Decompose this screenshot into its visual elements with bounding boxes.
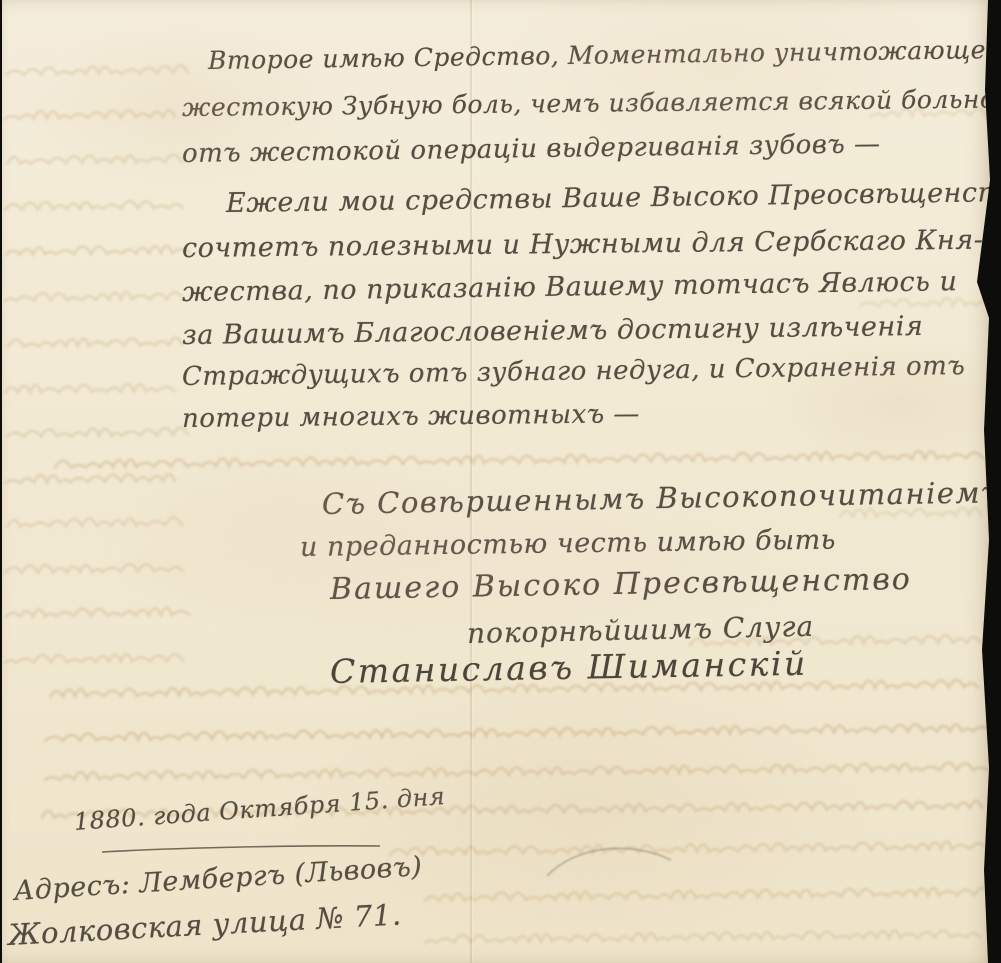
bleed-through-line (5, 101, 175, 127)
letter-body-line: за Вашимъ Благословеніемъ достигну излѣч… (182, 311, 924, 351)
address-line-2: Жолковская улица № 71. (7, 897, 402, 952)
letter-body-line: Ежели мои средствы Ваше Высоко Преосвѣще… (226, 177, 1001, 219)
closing-line: Вашего Высоко Пресвѣщенство (330, 562, 912, 607)
date-underline (100, 842, 385, 856)
bleed-through-line (45, 754, 980, 788)
bleed-through-line (8, 329, 173, 355)
closing-line: и преданностью честь имѣю быть (300, 525, 836, 563)
closing-line: Съ Совѣршеннымъ Высокопочитаніемъ (322, 475, 1001, 521)
bleed-through-line (45, 715, 980, 749)
pencil-mark (545, 838, 675, 883)
signature: Станиславъ Шиманскій (330, 644, 808, 691)
letter-body-line: жестокую Зубную боль, чемъ избавляется в… (182, 84, 1001, 122)
scanned-letter-page: Второе имѣю Средство, Моментально уничто… (0, 0, 1001, 963)
bleed-through-line (6, 599, 176, 625)
bleed-through-line (5, 375, 173, 401)
bleed-through-line (5, 465, 175, 491)
bleed-through-line (5, 555, 173, 581)
bleed-through-line (8, 146, 173, 172)
paper-sheet: Второе имѣю Средство, Моментально уничто… (0, 0, 1001, 963)
bleed-through-line (6, 237, 174, 263)
bleed-through-line (425, 921, 975, 951)
bleed-through-line (5, 283, 175, 309)
letter-body-line: жества, по приказанію Вашему тотчасъ Явл… (182, 266, 958, 308)
date-line: 1880. года Октября 15. дня (73, 782, 446, 836)
bleed-through-line (8, 509, 173, 535)
bleed-through-line (6, 419, 174, 445)
letter-body-line: сочтетъ полезными и Нужными для Сербскаг… (182, 225, 984, 264)
letter-body-line: отъ жестокой операціи выдергиванія зубов… (182, 129, 881, 169)
letter-body-line: потери многихъ животныхъ — (182, 399, 640, 434)
bleed-through-line (5, 645, 173, 671)
bleed-through-line (425, 879, 975, 909)
letter-body-line: Страждущихъ отъ зубнаго недуга, и Сохран… (182, 351, 966, 392)
letter-body-line: Второе имѣю Средство, Моментально уничто… (208, 34, 1001, 75)
bleed-through-line (6, 57, 174, 83)
bleed-through-line (55, 442, 970, 476)
bleed-through-line (5, 192, 175, 218)
bleed-through-line (390, 833, 975, 863)
